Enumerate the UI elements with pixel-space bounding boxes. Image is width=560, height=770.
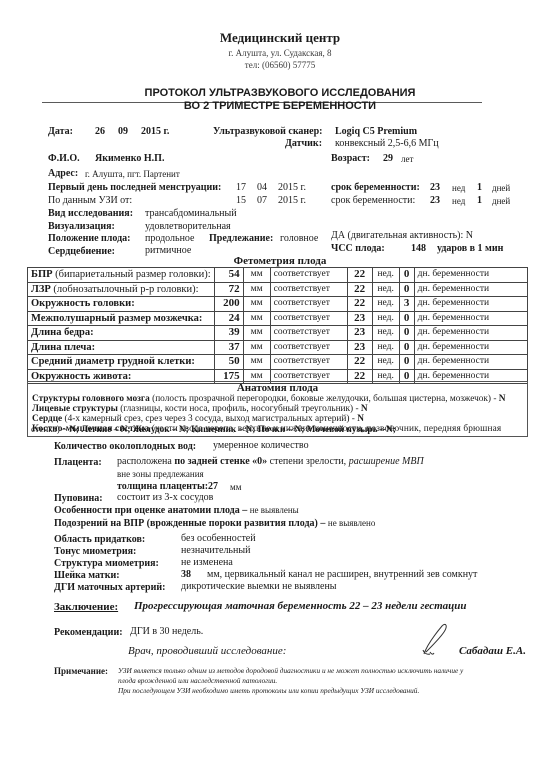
measure-unit: мм — [243, 282, 270, 297]
patient-name: Якименко Н.П. — [95, 153, 164, 164]
lmp-term-days-unit: дней — [492, 183, 510, 193]
myometrium-structure-value: не изменена — [181, 557, 233, 568]
fetometry-row: Межполушарный размер мозжечка:24ммсоотве… — [28, 311, 528, 326]
myometrium-structure-label: Структура миометрия: — [54, 558, 159, 569]
cervix-value: 38 — [181, 569, 191, 580]
cord-label: Пуповина: — [54, 493, 103, 504]
fetometry-row: ЛЗР (лобнозатылочный р-р головки):72ммсо… — [28, 282, 528, 297]
fetometry-row: Средний диаметр грудной клетки:50ммсоотв… — [28, 355, 528, 370]
measure-weeks-unit: нед. — [372, 268, 399, 283]
lmp-year: 2015 г. — [278, 182, 306, 193]
us-term-days-unit: дней — [492, 196, 510, 206]
vpr-suspicion: Подозрений на ВПР (врожденные пороки раз… — [54, 518, 375, 529]
measure-weeks-unit: нед. — [372, 311, 399, 326]
measure-days-unit: дн. беременности — [414, 355, 527, 370]
measure-weeks: 23 — [347, 326, 372, 341]
measure-weeks-unit: нед. — [372, 282, 399, 297]
dgi-value: дикротические выемки не выявлены — [181, 581, 337, 592]
measure-status: соответствует — [270, 355, 347, 370]
motor-activity: ДА (двигательная активность): N — [331, 230, 473, 241]
note-line3: При последующем УЗИ необходимо иметь про… — [118, 686, 419, 695]
measure-status: соответствует — [270, 311, 347, 326]
visualization-label: Визуализация: — [48, 221, 115, 232]
study-type-value: трансабдоминальный — [145, 208, 237, 219]
measure-weeks: 22 — [347, 282, 372, 297]
sensor-value: конвексный 2,5-6,6 МГц — [335, 138, 439, 149]
us-year: 2015 г. — [278, 195, 306, 206]
measure-unit: мм — [243, 355, 270, 370]
measure-unit: мм — [243, 297, 270, 312]
recommendation-value: ДГИ в 30 недель. — [130, 626, 203, 637]
sensor-label: Датчик: — [285, 138, 322, 149]
fetometry-row: Длина плеча:37ммсоответствует23нед.0дн. … — [28, 340, 528, 355]
lmp-term-weeks: 23 — [430, 182, 440, 193]
measure-status: соответствует — [270, 297, 347, 312]
measure-label: БПР (бипариетальный размер головки): — [28, 268, 215, 283]
dgi-label: ДГИ маточных артерий: — [54, 582, 165, 593]
signature-icon — [418, 622, 452, 658]
date-label: Дата: — [48, 126, 73, 137]
date-year: 2015 г. — [141, 126, 169, 137]
myometrium-tone-label: Тонус миометрия: — [54, 546, 136, 557]
measure-value: 200 — [214, 297, 243, 312]
measure-value: 50 — [214, 355, 243, 370]
measure-value: 39 — [214, 326, 243, 341]
lmp-term-weeks-unit: нед — [452, 183, 465, 193]
measure-status: соответствует — [270, 340, 347, 355]
conclusion-value: Прогрессирующая маточная беременность 22… — [134, 600, 467, 612]
fetometry-row: Окружность головки:200ммсоответствует22н… — [28, 297, 528, 312]
measure-label: Средний диаметр грудной клетки: — [28, 355, 215, 370]
measure-weeks: 22 — [347, 355, 372, 370]
measure-value: 24 — [214, 311, 243, 326]
recommendation-label: Рекомендации: — [54, 627, 123, 638]
adnexa-value: без особенностей — [181, 533, 256, 544]
measure-status: соответствует — [270, 326, 347, 341]
measure-weeks: 23 — [347, 311, 372, 326]
measure-unit: мм — [243, 311, 270, 326]
measure-label: ЛЗР (лобнозатылочный р-р головки): — [28, 282, 215, 297]
us-day: 15 — [236, 195, 246, 206]
us-term-days: 1 — [477, 195, 482, 206]
measure-days: 0 — [399, 311, 414, 326]
scanner-label: Ультразвуковой сканер: — [213, 126, 323, 137]
measure-unit: мм — [243, 268, 270, 283]
measure-value: 72 — [214, 282, 243, 297]
visualization-value: удовлетворительная — [145, 221, 231, 232]
measure-label: Длина плеча: — [28, 340, 215, 355]
doctor-label: Врач, проводивший исследование: — [128, 645, 286, 657]
us-term-weeks: 23 — [430, 195, 440, 206]
measure-value: 37 — [214, 340, 243, 355]
fetometry-row: БПР (бипариетальный размер головки):54мм… — [28, 268, 528, 283]
anatomy-organs: стенка) – N; Легкие – N; Желудок – N; Ки… — [31, 425, 396, 436]
measure-days: 3 — [399, 297, 414, 312]
note-line2: плода врожденной или наследственной пато… — [118, 676, 277, 685]
age-unit: лет — [401, 154, 413, 164]
measure-label: Межполушарный размер мозжечка: — [28, 311, 215, 326]
scanner-value: Logiq C5 Premium — [335, 126, 417, 137]
presentation-value: головное — [280, 233, 318, 244]
measure-days: 0 — [399, 326, 414, 341]
measure-days: 0 — [399, 282, 414, 297]
measure-days-unit: дн. беременности — [414, 340, 527, 355]
myometrium-tone-value: незначительный — [181, 545, 250, 556]
position-label: Положение плода: — [48, 233, 131, 244]
anatomy-features: Особенности при оценке анатомии плода – … — [54, 505, 299, 516]
placenta-thickness-label: толщина плаценты: — [117, 481, 208, 492]
note-line1: УЗИ является только одним из методов дор… — [118, 666, 463, 675]
measure-unit: мм — [243, 340, 270, 355]
position-value: продольное — [145, 233, 194, 244]
age-value: 29 — [383, 153, 393, 164]
doctor-name: Сабадаш Е.А. — [459, 645, 526, 657]
us-month: 07 — [257, 195, 267, 206]
measure-days-unit: дн. беременности — [414, 297, 527, 312]
clinic-phone: тел: (06560) 57775 — [0, 60, 560, 70]
study-type-label: Вид исследования: — [48, 208, 133, 219]
placenta-label: Плацента: — [54, 457, 102, 468]
lmp-day: 17 — [236, 182, 246, 193]
measure-status: соответствует — [270, 268, 347, 283]
placenta-previa: вне зоны предлежания — [117, 469, 204, 479]
adnexa-label: Область придатков: — [54, 534, 145, 545]
protocol-title-line2: ВО 2 ТРИМЕСТРЕ БЕРЕМЕННОСТИ — [0, 100, 560, 112]
measure-status: соответствует — [270, 282, 347, 297]
cervix-text: мм, цервикальный канал не расширен, внут… — [207, 569, 477, 580]
address-value: г. Алушта, пгт. Партенит — [85, 169, 180, 179]
measure-unit: мм — [243, 326, 270, 341]
cervix-label: Шейка матки: — [54, 570, 120, 581]
measure-label: Окружность головки: — [28, 297, 215, 312]
fetometry-row: Длина бедра:39ммсоответствует23нед.0дн. … — [28, 326, 528, 341]
measure-label: Длина бедра: — [28, 326, 215, 341]
lmp-term-days: 1 — [477, 182, 482, 193]
measure-value: 54 — [214, 268, 243, 283]
cord-value: состоит из 3-х сосудов — [117, 492, 213, 503]
clinic-address: г. Алушта, ул. Судакская, 8 — [0, 48, 560, 58]
measure-weeks-unit: нед. — [372, 355, 399, 370]
fluid-label: Количество околоплодных вод: — [54, 441, 196, 452]
fetometry-table: БПР (бипариетальный размер головки):54мм… — [27, 267, 528, 384]
address-label: Адрес: — [48, 168, 78, 179]
placenta-thickness-value: 27 — [208, 481, 218, 492]
us-term-weeks-unit: нед — [452, 196, 465, 206]
presentation-label: Предлежание: — [209, 233, 273, 244]
measure-days-unit: дн. беременности — [414, 326, 527, 341]
measure-days-unit: дн. беременности — [414, 311, 527, 326]
lmp-month: 04 — [257, 182, 267, 193]
measure-days: 0 — [399, 340, 414, 355]
name-label: Ф.И.О. — [48, 153, 80, 164]
us-term-label: срок беременности: — [331, 195, 415, 206]
protocol-title-line1: ПРОТОКОЛ УЛЬТРАЗВУКОВОГО ИССЛЕДОВАНИЯ — [0, 87, 560, 99]
placenta-thickness-unit: мм — [230, 482, 241, 492]
measure-weeks: 22 — [347, 268, 372, 283]
clinic-name: Медицинский центр — [0, 30, 560, 46]
date-day: 26 — [95, 126, 105, 137]
measure-days-unit: дн. беременности — [414, 282, 527, 297]
hr-label: ЧСС плода: — [331, 243, 385, 254]
lmp-label: Первый день последней менструации: — [48, 182, 221, 193]
us-date-label: По данным УЗИ от: — [48, 195, 132, 206]
conclusion-label: Заключение: — [54, 601, 118, 613]
lmp-term-label: срок беременности: — [331, 182, 420, 193]
anatomy-title: Анатомия плода — [28, 382, 527, 394]
fetometry-title: Фетометрия плода — [0, 255, 560, 267]
measure-weeks-unit: нед. — [372, 297, 399, 312]
measure-days-unit: дн. беременности — [414, 268, 527, 283]
fluid-value: умеренное количество — [213, 440, 309, 451]
hr-value: 148 — [411, 243, 426, 254]
hr-unit: ударов в 1 мин — [437, 243, 503, 254]
measure-days: 0 — [399, 268, 414, 283]
measure-weeks: 23 — [347, 340, 372, 355]
age-label: Возраст: — [331, 153, 370, 164]
measure-days: 0 — [399, 355, 414, 370]
placenta-location: расположена по задней стенке «0» степени… — [117, 456, 424, 467]
date-month: 09 — [118, 126, 128, 137]
note-label: Примечание: — [54, 666, 108, 676]
measure-weeks: 22 — [347, 297, 372, 312]
measure-weeks-unit: нед. — [372, 340, 399, 355]
measure-weeks-unit: нед. — [372, 326, 399, 341]
